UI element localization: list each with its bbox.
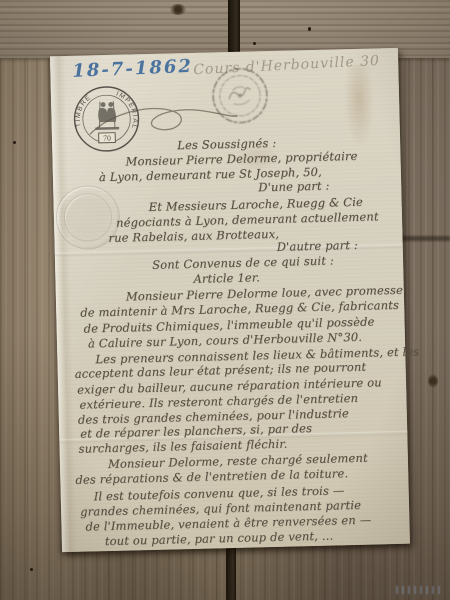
wood-speck xyxy=(308,27,311,31)
manuscript-line: Sont Convenus de ce qui suit : xyxy=(152,253,334,271)
wood-speck xyxy=(253,42,256,45)
wood-knot xyxy=(170,4,186,15)
manuscript-line: Monsieur Pierre Delorme, propriétaire xyxy=(125,149,357,169)
plank-gap-top xyxy=(228,0,240,58)
manuscript-text: Les Soussignés :Monsieur Pierre Delorme,… xyxy=(50,48,410,552)
manuscript-line: rue Rabelais, aux Brotteaux, xyxy=(108,227,279,245)
manuscript-line: Les Soussignés : xyxy=(177,136,276,152)
wood-crack xyxy=(398,236,450,241)
wood-speck xyxy=(30,568,33,571)
manuscript-line: D'autre part : xyxy=(277,238,359,254)
paint-specks xyxy=(396,586,444,594)
manuscript-paper: 18-7-1862 Cours d'Herbouville 30 TIMBRE … xyxy=(50,48,410,552)
manuscript-line: D'une part : xyxy=(258,179,330,195)
photo-scene: 18-7-1862 Cours d'Herbouville 30 TIMBRE … xyxy=(0,0,450,600)
wood-speck xyxy=(13,141,16,144)
manuscript-line: Article 1er. xyxy=(193,270,260,286)
wood-knot xyxy=(428,374,438,388)
